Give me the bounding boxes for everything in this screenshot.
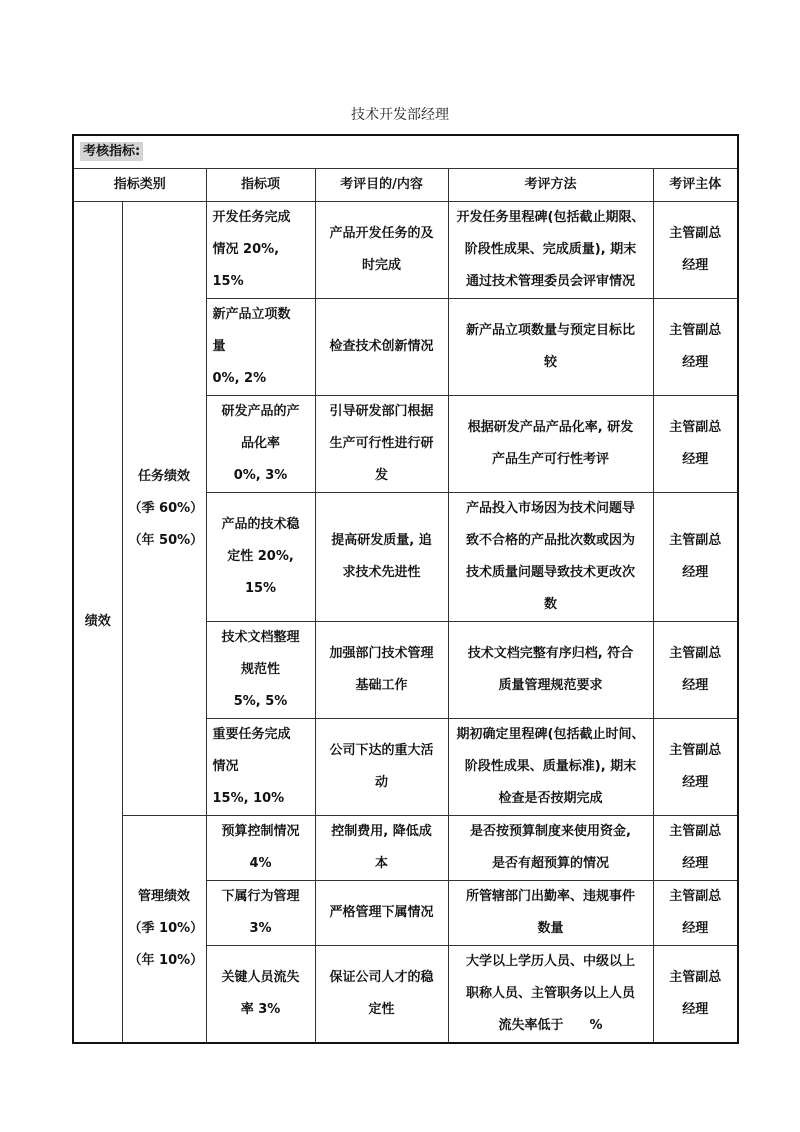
cell-line: 新产品立项数量与预定目标比 bbox=[455, 315, 647, 347]
cell-line: 预算控制情况 bbox=[213, 816, 309, 848]
purpose-cell: 加强部门技术管理基础工作 bbox=[315, 622, 448, 719]
item-cell: 新产品立项数量0%, 2% bbox=[206, 299, 315, 396]
group-cell: 管理绩效（季 10%）（年 10%） bbox=[122, 816, 206, 1044]
subject-cell: 主管副总经理 bbox=[653, 881, 738, 946]
cell-line: 经理 bbox=[660, 250, 732, 282]
cell-line: 严格管理下属情况 bbox=[322, 897, 442, 929]
cell-line: 率 3% bbox=[213, 994, 309, 1026]
cell-line: 主管副总 bbox=[660, 735, 732, 767]
group-weight-year: （年 50%） bbox=[129, 525, 200, 557]
purpose-cell: 引导研发部门根据生产可行性进行研发 bbox=[315, 396, 448, 493]
subject-cell: 主管副总经理 bbox=[653, 493, 738, 622]
cell-line: 基础工作 bbox=[322, 670, 442, 702]
cell-line: 主管副总 bbox=[660, 638, 732, 670]
cell-line: 主管副总 bbox=[660, 881, 732, 913]
cell-line: 质量管理规范要求 bbox=[455, 670, 647, 702]
cell-line: 经理 bbox=[660, 767, 732, 799]
cell-line: 主管副总 bbox=[660, 218, 732, 250]
purpose-cell: 提高研发质量, 追求技术先进性 bbox=[315, 493, 448, 622]
method-cell: 技术文档完整有序归档, 符合质量管理规范要求 bbox=[448, 622, 653, 719]
item-cell: 预算控制情况4% bbox=[206, 816, 315, 881]
group-weight-year: （年 10%） bbox=[129, 945, 200, 977]
purpose-cell: 产品开发任务的及时完成 bbox=[315, 202, 448, 299]
item-cell: 重要任务完成情况15%, 10% bbox=[206, 719, 315, 816]
cell-line: 技术文档整理 bbox=[213, 622, 309, 654]
item-cell: 产品的技术稳定性 20%, 15% bbox=[206, 493, 315, 622]
document-title: 技术开发部经理 bbox=[0, 104, 800, 124]
cell-line: 品化率 bbox=[213, 428, 309, 460]
cell-line: 情况 20%, 15% bbox=[213, 234, 309, 298]
cell-line: 技术质量问题导致技术更改次 bbox=[455, 557, 647, 589]
group-cell: 任务绩效（季 60%）（年 50%） bbox=[122, 202, 206, 816]
header-row: 指标类别 指标项 考评目的/内容 考评方法 考评主体 bbox=[73, 169, 738, 202]
section-label-row: 考核指标: bbox=[73, 135, 738, 169]
header-category: 指标类别 bbox=[73, 169, 206, 202]
cell-line: 动 bbox=[322, 767, 442, 799]
cell-line: 引导研发部门根据 bbox=[322, 396, 442, 428]
cell-line: 主管副总 bbox=[660, 816, 732, 848]
cell-line: 职称人员、主管职务以上人员 bbox=[455, 978, 647, 1010]
cell-line: 新产品立项数 bbox=[213, 299, 309, 331]
cell-line: 经理 bbox=[660, 444, 732, 476]
group-weight-quarter: （季 60%） bbox=[129, 493, 200, 525]
cell-line: 经理 bbox=[660, 347, 732, 379]
cell-line: 检查技术创新情况 bbox=[322, 331, 442, 363]
cell-line: 公司下达的重大活 bbox=[322, 735, 442, 767]
cell-line: 控制费用, 降低成 bbox=[322, 816, 442, 848]
group-weight-quarter: （季 10%） bbox=[129, 913, 200, 945]
cell-line: 经理 bbox=[660, 994, 732, 1026]
cell-line: 求技术先进性 bbox=[322, 557, 442, 589]
cell-line: 关键人员流失 bbox=[213, 962, 309, 994]
method-cell: 大学以上学历人员、中级以上职称人员、主管职务以上人员流失率低于 % bbox=[448, 946, 653, 1044]
cell-line: 情况 bbox=[213, 751, 309, 783]
cell-line: 致不合格的产品批次数或因为 bbox=[455, 525, 647, 557]
cell-line: 检查是否按期完成 bbox=[455, 783, 647, 815]
cell-line: 通过技术管理委员会评审情况 bbox=[455, 266, 647, 298]
cell-line: 5%, 5% bbox=[213, 686, 309, 718]
cell-line: 根据研发产品产品化率, 研发 bbox=[455, 412, 647, 444]
header-purpose: 考评目的/内容 bbox=[315, 169, 448, 202]
item-cell: 技术文档整理规范性5%, 5% bbox=[206, 622, 315, 719]
method-cell: 新产品立项数量与预定目标比较 bbox=[448, 299, 653, 396]
cell-line: 生产可行性进行研 bbox=[322, 428, 442, 460]
cell-line: 主管副总 bbox=[660, 525, 732, 557]
cell-line: 流失率低于 % bbox=[455, 1010, 647, 1042]
subject-cell: 主管副总经理 bbox=[653, 719, 738, 816]
purpose-cell: 检查技术创新情况 bbox=[315, 299, 448, 396]
cell-line: 主管副总 bbox=[660, 412, 732, 444]
method-cell: 开发任务里程碑(包括截止期限、阶段性成果、完成质量), 期末通过技术管理委员会评… bbox=[448, 202, 653, 299]
cell-line: 重要任务完成 bbox=[213, 719, 309, 751]
cell-line: 数 bbox=[455, 589, 647, 621]
cell-line: 经理 bbox=[660, 670, 732, 702]
purpose-cell: 保证公司人才的稳定性 bbox=[315, 946, 448, 1044]
cell-line: 产品生产可行性考评 bbox=[455, 444, 647, 476]
item-cell: 开发任务完成情况 20%, 15% bbox=[206, 202, 315, 299]
cell-line: 期初确定里程碑(包括截止时间、 bbox=[455, 719, 647, 751]
purpose-cell: 公司下达的重大活动 bbox=[315, 719, 448, 816]
header-item: 指标项 bbox=[206, 169, 315, 202]
cell-line: 技术文档完整有序归档, 符合 bbox=[455, 638, 647, 670]
cell-line: 经理 bbox=[660, 913, 732, 945]
method-cell: 是否按预算制度来使用资金,是否有超预算的情况 bbox=[448, 816, 653, 881]
subject-cell: 主管副总经理 bbox=[653, 202, 738, 299]
cell-line: 加强部门技术管理 bbox=[322, 638, 442, 670]
cell-line: 15%, 10% bbox=[213, 783, 309, 815]
method-cell: 所管辖部门出勤率、违规事件数量 bbox=[448, 881, 653, 946]
cell-line: 主管副总 bbox=[660, 315, 732, 347]
cell-line: 较 bbox=[455, 347, 647, 379]
cell-line: 开发任务里程碑(包括截止期限、 bbox=[455, 202, 647, 234]
method-cell: 期初确定里程碑(包括截止时间、阶段性成果、质量标准), 期末检查是否按期完成 bbox=[448, 719, 653, 816]
cell-line: 发 bbox=[322, 460, 442, 492]
group-name: 任务绩效 bbox=[129, 461, 200, 493]
subject-cell: 主管副总经理 bbox=[653, 816, 738, 881]
header-subject: 考评主体 bbox=[653, 169, 738, 202]
cell-line: 产品的技术稳 bbox=[213, 509, 309, 541]
cell-line: 阶段性成果、完成质量), 期末 bbox=[455, 234, 647, 266]
subject-cell: 主管副总经理 bbox=[653, 946, 738, 1044]
cell-line: 所管辖部门出勤率、违规事件 bbox=[455, 881, 647, 913]
cell-line: 开发任务完成 bbox=[213, 202, 309, 234]
method-cell: 根据研发产品产品化率, 研发产品生产可行性考评 bbox=[448, 396, 653, 493]
item-cell: 下属行为管理3% bbox=[206, 881, 315, 946]
cell-line: 产品投入市场因为技术问题导 bbox=[455, 493, 647, 525]
cell-line: 4% bbox=[213, 848, 309, 880]
cell-line: 经理 bbox=[660, 557, 732, 589]
cell-line: 阶段性成果、质量标准), 期末 bbox=[455, 751, 647, 783]
cell-line: 3% bbox=[213, 913, 309, 945]
method-cell: 产品投入市场因为技术问题导致不合格的产品批次数或因为技术质量问题导致技术更改次数 bbox=[448, 493, 653, 622]
subject-cell: 主管副总经理 bbox=[653, 622, 738, 719]
cell-line: 下属行为管理 bbox=[213, 881, 309, 913]
cell-line: 本 bbox=[322, 848, 442, 880]
item-cell: 研发产品的产品化率0%, 3% bbox=[206, 396, 315, 493]
purpose-cell: 严格管理下属情况 bbox=[315, 881, 448, 946]
section-label: 考核指标: bbox=[80, 142, 143, 161]
group-name: 管理绩效 bbox=[129, 881, 200, 913]
cell-line: 数量 bbox=[455, 913, 647, 945]
header-method: 考评方法 bbox=[448, 169, 653, 202]
cell-line: 量 bbox=[213, 331, 309, 363]
cell-line: 是否按预算制度来使用资金, bbox=[455, 816, 647, 848]
cell-line: 保证公司人才的稳 bbox=[322, 962, 442, 994]
category-cell: 绩效 bbox=[73, 202, 122, 1044]
cell-line: 是否有超预算的情况 bbox=[455, 848, 647, 880]
subject-cell: 主管副总经理 bbox=[653, 299, 738, 396]
cell-line: 大学以上学历人员、中级以上 bbox=[455, 946, 647, 978]
purpose-cell: 控制费用, 降低成本 bbox=[315, 816, 448, 881]
cell-line: 研发产品的产 bbox=[213, 396, 309, 428]
table-row: 管理绩效（季 10%）（年 10%）预算控制情况4%控制费用, 降低成本是否按预… bbox=[73, 816, 738, 881]
item-cell: 关键人员流失率 3% bbox=[206, 946, 315, 1044]
subject-cell: 主管副总经理 bbox=[653, 396, 738, 493]
cell-line: 0%, 2% bbox=[213, 363, 309, 395]
cell-line: 主管副总 bbox=[660, 962, 732, 994]
cell-line: 产品开发任务的及 bbox=[322, 218, 442, 250]
table-row: 绩效任务绩效（季 60%）（年 50%）开发任务完成情况 20%, 15%产品开… bbox=[73, 202, 738, 299]
cell-line: 经理 bbox=[660, 848, 732, 880]
cell-line: 提高研发质量, 追 bbox=[322, 525, 442, 557]
cell-line: 时完成 bbox=[322, 250, 442, 282]
category-label: 绩效 bbox=[85, 614, 111, 629]
cell-line: 规范性 bbox=[213, 654, 309, 686]
cell-line: 定性 bbox=[322, 994, 442, 1026]
cell-line: 0%, 3% bbox=[213, 460, 309, 492]
kpi-table: 考核指标: 指标类别 指标项 考评目的/内容 考评方法 考评主体 绩效任务绩效（… bbox=[72, 134, 739, 1044]
cell-line: 定性 20%, 15% bbox=[213, 541, 309, 605]
